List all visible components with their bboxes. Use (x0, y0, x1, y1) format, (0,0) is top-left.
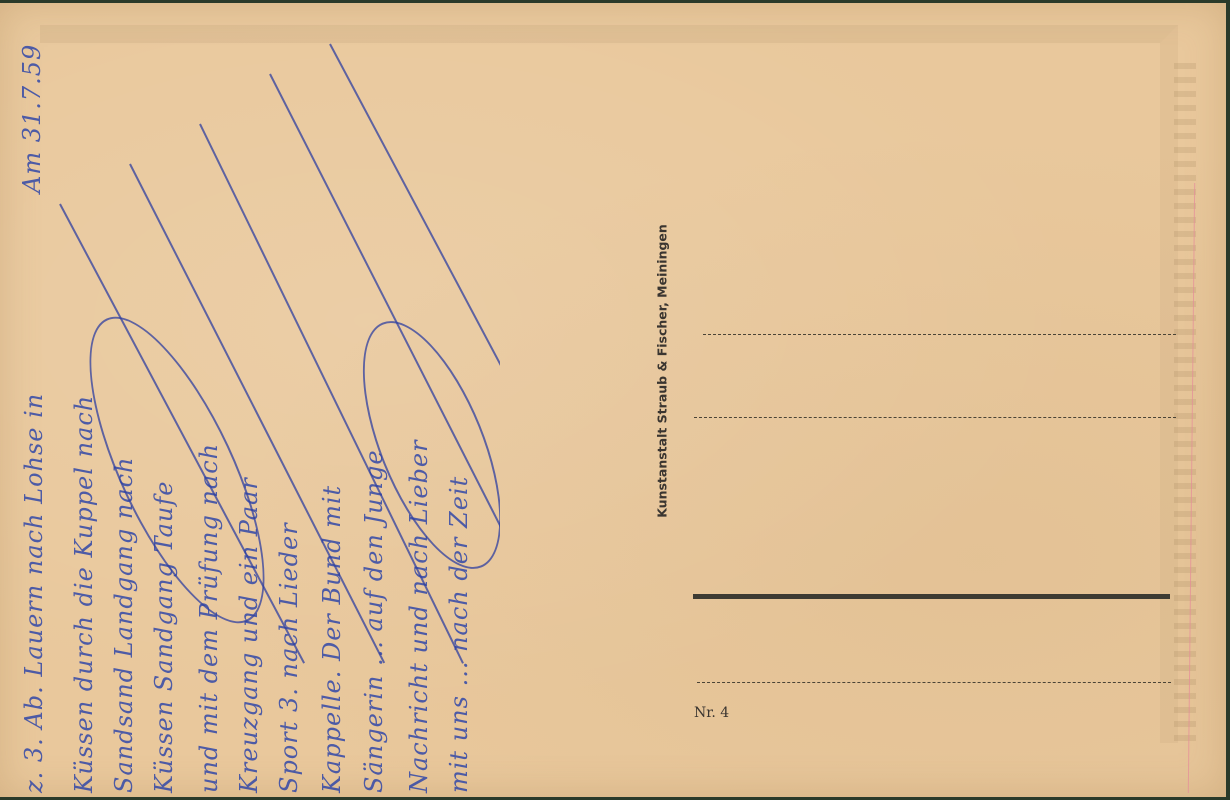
handwriting-line: Am 31.7.59 (18, 44, 46, 193)
address-line-2 (694, 417, 1176, 418)
publisher-imprint: Kunstanstalt Straub & Fischer, Meiningen (652, 171, 672, 571)
publisher-text: Kunstanstalt Straub & Fischer, Meiningen (655, 224, 670, 518)
handwriting-line: Kappelle. Der Bund mit (318, 485, 346, 793)
address-line-3-bold (693, 594, 1170, 599)
address-line-1 (703, 334, 1176, 335)
card-number: Nr. 4 (694, 705, 729, 721)
postcard-back: Kunstanstalt Straub & Fischer, Meiningen… (0, 3, 1226, 797)
handwriting-line: Küssen durch die Kuppel nach (70, 395, 98, 793)
handwriting-line: z. 3. Ab. Lauern nach Lohse in (20, 393, 48, 793)
handwritten-message: Am 31.7.59 z. 3. Ab. Lauern nach Lohse i… (0, 3, 500, 800)
handwriting-line: Sport 3. nach Lieder (275, 522, 303, 793)
address-line-4 (697, 682, 1171, 683)
